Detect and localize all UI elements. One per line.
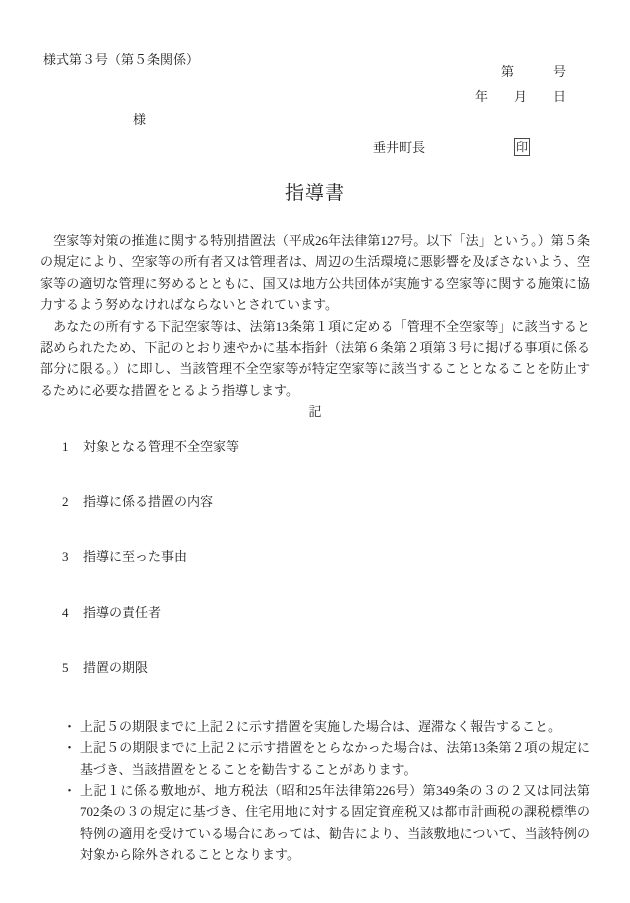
item-label: 指導の責任者 (83, 602, 590, 623)
document-body: 指導書 空家等対策の推進に関する特別措置法（平成26年法律第127号。以下「法」… (40, 181, 590, 866)
document-page: 様式第３号（第５条関係） 第 号 年 月 日 様 垂井町長 印 指導書 空家等対… (0, 0, 630, 903)
note-item: ・ 上記５の期限までに上記２に示す措置を実施した場合は、遅滞なく報告すること。 (40, 716, 590, 737)
bullet-icon: ・ (40, 716, 80, 737)
item-number: 1 (40, 436, 83, 457)
addressee-honorific: 様 (133, 112, 146, 127)
item-number: 3 (40, 546, 83, 567)
issuer-title: 垂井町長 (373, 140, 425, 155)
intro-paragraph: あなたの所有する下記空家等は、法第13条第１項に定める「管理不全空家等」に該当す… (40, 316, 590, 402)
document-title: 指導書 (40, 181, 590, 206)
seal-stamp: 印 (514, 138, 530, 156)
note-item: ・ 上記５の期限までに上記２に示す措置をとらなかった場合は、法第13条第２項の規… (40, 737, 590, 780)
item-label: 指導に係る措置の内容 (83, 491, 590, 512)
item-number: 5 (40, 657, 83, 678)
date-line: 年 月 日 (475, 89, 566, 104)
record-marker: 記 (40, 401, 590, 422)
form-number: 様式第３号（第５条関係） (43, 52, 199, 67)
note-item: ・ 上記１に係る敷地が、地方税法（昭和25年法律第226号）第349条の３の２又… (40, 780, 590, 866)
item-number: 2 (40, 491, 83, 512)
list-item: 1 対象となる管理不全空家等 (40, 436, 590, 457)
note-text: 上記５の期限までに上記２に示す措置をとらなかった場合は、法第13条第２項の規定に… (80, 737, 590, 780)
list-item: 5 措置の期限 (40, 657, 590, 678)
issue-number-line: 第 号 (501, 64, 566, 79)
item-label: 指導に至った事由 (83, 546, 590, 567)
bullet-icon: ・ (40, 737, 80, 780)
list-item: 3 指導に至った事由 (40, 546, 590, 567)
item-label: 措置の期限 (83, 657, 590, 678)
note-text: 上記５の期限までに上記２に示す措置を実施した場合は、遅滞なく報告すること。 (80, 716, 590, 737)
intro-paragraph: 空家等対策の推進に関する特別措置法（平成26年法律第127号。以下「法」という。… (40, 230, 590, 316)
item-number: 4 (40, 602, 83, 623)
list-item: 4 指導の責任者 (40, 602, 590, 623)
note-text: 上記１に係る敷地が、地方税法（昭和25年法律第226号）第349条の３の２又は同… (80, 780, 590, 866)
item-list: 1 対象となる管理不全空家等 2 指導に係る措置の内容 3 指導に至った事由 4… (40, 436, 590, 679)
item-label: 対象となる管理不全空家等 (83, 436, 590, 457)
notes-list: ・ 上記５の期限までに上記２に示す措置を実施した場合は、遅滞なく報告すること。 … (40, 716, 590, 866)
list-item: 2 指導に係る措置の内容 (40, 491, 590, 512)
bullet-icon: ・ (40, 780, 80, 866)
